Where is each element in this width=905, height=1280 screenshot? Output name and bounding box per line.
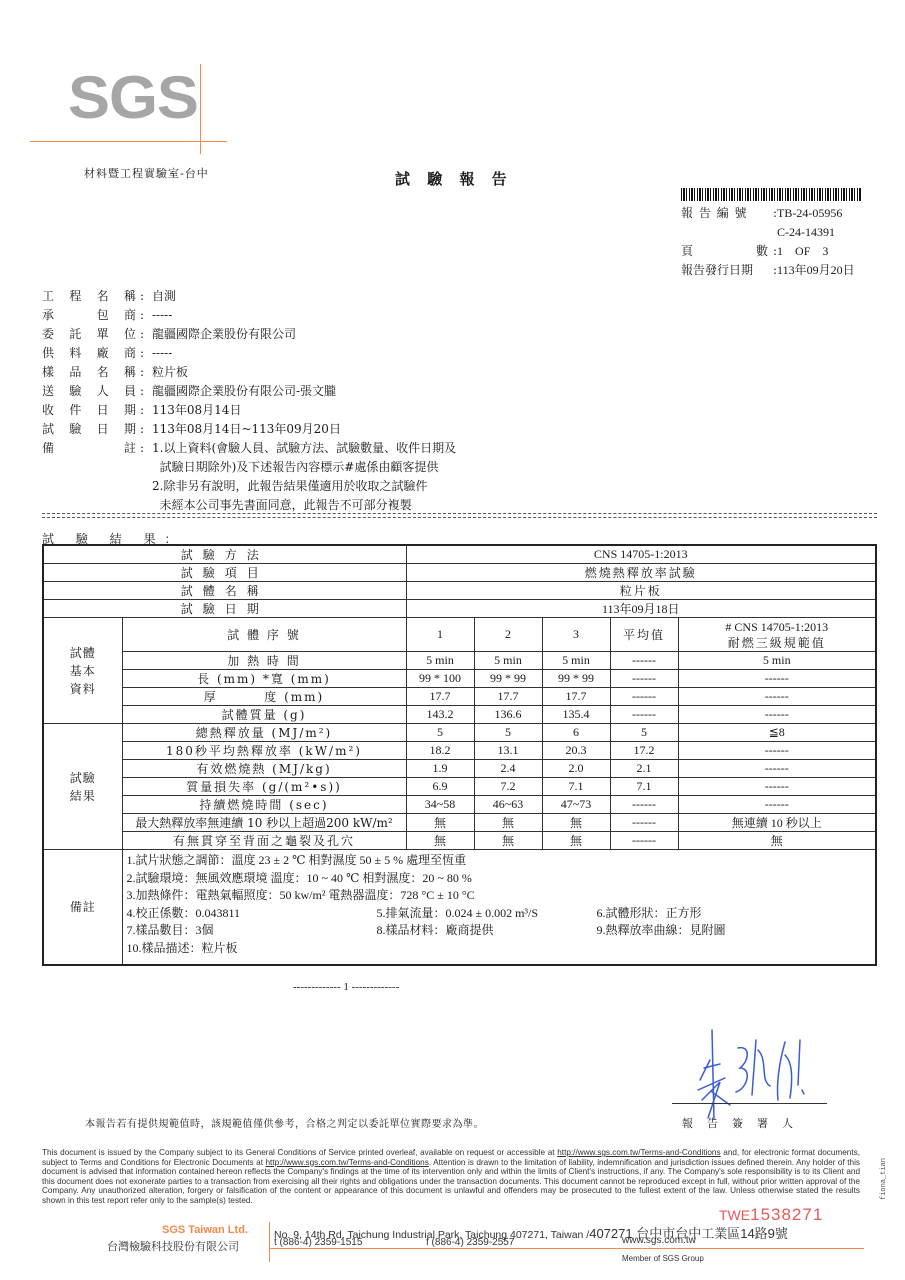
col-header: 2 bbox=[474, 618, 542, 652]
row-value: 46~63 bbox=[474, 796, 542, 814]
row-value: 5 min bbox=[406, 652, 474, 670]
info-row: 委託單位:龍疆國際企業股份有限公司 bbox=[42, 325, 341, 344]
info-row: 試驗日期:113年08月14日~113年09月20日 bbox=[42, 420, 341, 439]
row-value: 7.2 bbox=[474, 778, 542, 796]
row-value: 2.4 bbox=[474, 760, 542, 778]
side-operator-text: fiona_tian bbox=[880, 1158, 888, 1200]
footer-fax: f (886-4) 2359-2557 bbox=[426, 1237, 514, 1248]
table-row-remarks: 備註1.試片狀態之調節：溫度 23 ± 2 ℃ 相對濕度 50 ± 5 % 處理… bbox=[43, 850, 876, 965]
row-value: ------ bbox=[610, 652, 678, 670]
info-label: 樣品名稱 bbox=[42, 363, 140, 382]
info-label: 送驗人員 bbox=[42, 382, 140, 401]
row-value: 135.4 bbox=[542, 706, 610, 724]
row-value: 47~73 bbox=[542, 796, 610, 814]
row-value: 無 bbox=[406, 832, 474, 850]
row-spec: ------ bbox=[678, 706, 876, 724]
table-row: 有效燃燒熱 (MJ/kg)1.92.42.02.1------ bbox=[43, 760, 876, 778]
footer-member: Member of SGS Group bbox=[622, 1254, 704, 1263]
row-value: ------ bbox=[610, 814, 678, 832]
page-marker: ------------- 1 ------------- bbox=[293, 981, 399, 993]
results-table: 試驗方法 CNS 14705-1:2013 試驗項目 燃燒熱釋放率試驗 試體名稱… bbox=[42, 544, 877, 966]
row-value: 5 bbox=[474, 724, 542, 742]
table-row-date: 試驗日期 113年09月18日 bbox=[43, 600, 876, 618]
remark-line: 7.樣品數目：3個8.樣品材料：廠商提供9.熱釋放率曲線：見附圖 bbox=[127, 922, 872, 940]
item-label: 試驗項目 bbox=[43, 564, 406, 582]
row-label: 試體質量 (g) bbox=[122, 706, 406, 724]
lab-name: 材料暨工程實驗室-台中 bbox=[84, 165, 209, 181]
row-value: 無 bbox=[542, 814, 610, 832]
signer-label: 報告簽署人 bbox=[682, 1115, 807, 1131]
row-label: 厚 度 (mm) bbox=[122, 688, 406, 706]
report-no: TB-24-05956 bbox=[777, 204, 842, 223]
row-value: 17.2 bbox=[610, 742, 678, 760]
note-line: 2.除非另有說明，此報告結果僅適用於收取之試驗件 bbox=[42, 477, 456, 496]
row-value: 5 min bbox=[542, 652, 610, 670]
info-row: 樣品名稱:粒片板 bbox=[42, 363, 341, 382]
row-label: 總熱釋放量 (MJ/m²) bbox=[122, 724, 406, 742]
issue-date-label: 報告發行日期 bbox=[681, 261, 773, 280]
info-label: 承包商 bbox=[42, 306, 140, 325]
info-value: 113年08月14日~113年09月20日 bbox=[152, 420, 341, 439]
signature bbox=[690, 1020, 830, 1120]
remark-line: 4.校正係數：0.0438115.排氣流量：0.024 ± 0.002 m³/S… bbox=[127, 905, 872, 923]
row-value: 無 bbox=[474, 832, 542, 850]
row-spec: ------ bbox=[678, 688, 876, 706]
table-row-item: 試驗項目 燃燒熱釋放率試驗 bbox=[43, 564, 876, 582]
logo-vertical-rule bbox=[200, 64, 201, 154]
row-value: 20.3 bbox=[542, 742, 610, 760]
info-row: 收件日期:113年08月14日 bbox=[42, 401, 341, 420]
notes-label: 備註 bbox=[42, 439, 140, 458]
table-row-method: 試驗方法 CNS 14705-1:2013 bbox=[43, 545, 876, 564]
row-label: 加 熱 時 間 bbox=[122, 652, 406, 670]
footer-horizontal-rule bbox=[269, 1248, 864, 1249]
serial-label: 試 體 序 號 bbox=[122, 618, 406, 652]
row-spec: 無 bbox=[678, 832, 876, 850]
row-value: 99 * 99 bbox=[474, 670, 542, 688]
row-value: ------ bbox=[610, 670, 678, 688]
signature-line bbox=[672, 1103, 827, 1104]
item-value: 燃燒熱釋放率試驗 bbox=[406, 564, 876, 582]
report-no-label: 報 告 編 號 bbox=[681, 204, 773, 223]
method-label: 試驗方法 bbox=[43, 545, 406, 564]
row-label: 質量損失率 (g/(m²•s)) bbox=[122, 778, 406, 796]
info-value: ----- bbox=[152, 306, 172, 325]
row-value: ------ bbox=[610, 688, 678, 706]
info-row: 承包商:----- bbox=[42, 306, 341, 325]
table-row: 試驗 結果總熱釋放量 (MJ/m²)5565≦8 bbox=[43, 724, 876, 742]
row-label: 有效燃燒熱 (MJ/kg) bbox=[122, 760, 406, 778]
group-remarks-label: 備註 bbox=[43, 850, 122, 965]
table-row: 持續燃燒時間 (sec)34~5846~6347~73------------ bbox=[43, 796, 876, 814]
disclaimer-chinese: 本報告若有提供規範值時，該規範值僅供參考，合格之判定以委託單位實際要求為準。 bbox=[85, 1115, 484, 1130]
info-value: 龍疆國際企業股份有限公司-張文朧 bbox=[152, 382, 336, 401]
specimen-label: 試體名稱 bbox=[43, 582, 406, 600]
row-spec: 無連續 10 秒以上 bbox=[678, 814, 876, 832]
table-row-specimen: 試體名稱 粒片板 bbox=[43, 582, 876, 600]
pages-label: 頁 數 bbox=[681, 242, 769, 261]
info-row: 送驗人員:龍疆國際企業股份有限公司-張文朧 bbox=[42, 382, 341, 401]
footer-brand-chinese: 台灣檢驗科技股份有限公司 bbox=[107, 1238, 239, 1254]
row-value: 17.7 bbox=[542, 688, 610, 706]
row-value: 7.1 bbox=[610, 778, 678, 796]
info-label: 供料廠商 bbox=[42, 344, 140, 363]
remark-line: 1.試片狀態之調節：溫度 23 ± 2 ℃ 相對濕度 50 ± 5 % 處理至恆… bbox=[127, 852, 872, 870]
info-value: 113年08月14日 bbox=[152, 401, 241, 420]
row-value: 1.9 bbox=[406, 760, 474, 778]
table-row: 加 熱 時 間5 min5 min5 min------5 min bbox=[43, 652, 876, 670]
row-label: 有無貫穿至背面之龜裂及孔穴 bbox=[122, 832, 406, 850]
issue-date: 113年09月20日 bbox=[777, 261, 855, 280]
table-row: 長 (mm) *寬 (mm)99 * 10099 * 9999 * 99----… bbox=[43, 670, 876, 688]
sgs-logo: SGS bbox=[68, 68, 198, 128]
notes: 備註 : 1.以上資料(會驗人員、試驗方法、試驗數量、收件日期及 試驗日期除外)… bbox=[42, 439, 456, 515]
table-row: 最大熱釋放率無連續 10 秒以上超過200 kW/m²無無無------無連續 … bbox=[43, 814, 876, 832]
row-value: 18.2 bbox=[406, 742, 474, 760]
col-header: 3 bbox=[542, 618, 610, 652]
row-spec: 5 min bbox=[678, 652, 876, 670]
row-value: 17.7 bbox=[474, 688, 542, 706]
row-value: 2.1 bbox=[610, 760, 678, 778]
table-row: 180秒平均熱釋放率 (kW/m²)18.213.120.317.2------ bbox=[43, 742, 876, 760]
report-no-secondary: C-24-14391 bbox=[777, 223, 835, 242]
footer-vertical-rule bbox=[269, 1222, 270, 1262]
row-value: 17.7 bbox=[406, 688, 474, 706]
row-value: 6 bbox=[542, 724, 610, 742]
row-label: 最大熱釋放率無連續 10 秒以上超過200 kW/m² bbox=[122, 814, 406, 832]
terms-link[interactable]: http://www.sgs.com.tw/Terms-and-Conditio… bbox=[557, 1148, 720, 1157]
row-value: 13.1 bbox=[474, 742, 542, 760]
row-spec: ≦8 bbox=[678, 724, 876, 742]
row-spec: ------ bbox=[678, 778, 876, 796]
info-value: 粒片板 bbox=[152, 363, 188, 382]
method-value: CNS 14705-1:2013 bbox=[406, 545, 876, 564]
row-label: 持續燃燒時間 (sec) bbox=[122, 796, 406, 814]
legal-disclaimer: This document is issued by the Company s… bbox=[42, 1148, 860, 1206]
row-spec: ------ bbox=[678, 742, 876, 760]
terms-link-electronic[interactable]: http://www.sgs.com.tw/Terms-and-Conditio… bbox=[265, 1158, 428, 1167]
table-row: 質量損失率 (g/(m²•s))6.97.27.17.1------ bbox=[43, 778, 876, 796]
serial-number: TWE1538271 bbox=[719, 1205, 823, 1225]
remark-line: 2.試驗環境：無風效應環境 溫度：10 ~ 40 ℃ 相對濕度：20 ~ 80 … bbox=[127, 870, 872, 888]
col-header-spec: # CNS 14705-1:2013 耐燃三級規範值 bbox=[678, 618, 876, 652]
footer-phone: t (886-4) 2359-1515 bbox=[274, 1237, 362, 1248]
info-label: 工程名稱 bbox=[42, 287, 140, 306]
group-basic-label: 試體 基本 資料 bbox=[43, 618, 122, 724]
info-row: 供料廠商:----- bbox=[42, 344, 341, 363]
row-value: 136.6 bbox=[474, 706, 542, 724]
remark-line: 10.樣品描述：粒片板 bbox=[127, 940, 872, 958]
project-info: 工程名稱:自測承包商:-----委託單位:龍疆國際企業股份有限公司供料廠商:--… bbox=[42, 287, 341, 439]
row-value: 7.1 bbox=[542, 778, 610, 796]
row-value: 6.9 bbox=[406, 778, 474, 796]
note-line: 1.以上資料(會驗人員、試驗方法、試驗數量、收件日期及 bbox=[152, 439, 456, 458]
info-row: 工程名稱:自測 bbox=[42, 287, 341, 306]
col-header: 1 bbox=[406, 618, 474, 652]
specimen-value: 粒片板 bbox=[406, 582, 876, 600]
row-value: 5 min bbox=[474, 652, 542, 670]
row-label: 長 (mm) *寬 (mm) bbox=[122, 670, 406, 688]
info-label: 試驗日期 bbox=[42, 420, 140, 439]
page-count: 1 OF 3 bbox=[777, 242, 828, 261]
report-meta: 報 告 編 號 : TB-24-05956 C-24-14391 頁 數 : 1… bbox=[681, 204, 855, 280]
row-spec: ------ bbox=[678, 760, 876, 778]
row-label: 180秒平均熱釋放率 (kW/m²) bbox=[122, 742, 406, 760]
table-row: 有無貫穿至背面之龜裂及孔穴無無無------無 bbox=[43, 832, 876, 850]
info-label: 委託單位 bbox=[42, 325, 140, 344]
row-value: 143.2 bbox=[406, 706, 474, 724]
date-value: 113年09月18日 bbox=[406, 600, 876, 618]
info-value: 自測 bbox=[152, 287, 176, 306]
barcode bbox=[681, 188, 861, 201]
info-value: ----- bbox=[152, 344, 172, 363]
group-results-label: 試驗 結果 bbox=[43, 724, 122, 850]
row-value: 5 bbox=[406, 724, 474, 742]
row-value: 99 * 99 bbox=[542, 670, 610, 688]
row-value: ------ bbox=[610, 706, 678, 724]
row-spec: ------ bbox=[678, 670, 876, 688]
row-value: 99 * 100 bbox=[406, 670, 474, 688]
row-value: 無 bbox=[474, 814, 542, 832]
document-title: 試 驗 報 告 bbox=[395, 168, 513, 189]
row-value: 34~58 bbox=[406, 796, 474, 814]
table-row: 試體質量 (g)143.2136.6135.4------------ bbox=[43, 706, 876, 724]
remark-line: 3.加熱條件：電熱氣輻照度：50 kw/m² 電熱器溫度：728 °C ± 10… bbox=[127, 887, 872, 905]
note-line: 試驗日期除外)及下述報告內容標示#處係由顧客提供 bbox=[42, 458, 456, 477]
row-value: 無 bbox=[406, 814, 474, 832]
footer-website[interactable]: www.sgs.com.tw bbox=[622, 1235, 696, 1246]
info-value: 龍疆國際企業股份有限公司 bbox=[152, 325, 296, 344]
row-value: 無 bbox=[542, 832, 610, 850]
logo-horizontal-rule bbox=[30, 141, 227, 142]
table-header-row: 試體 基本 資料 試 體 序 號 1 2 3 平均值 # CNS 14705-1… bbox=[43, 618, 876, 652]
info-label: 收件日期 bbox=[42, 401, 140, 420]
col-header-average: 平均值 bbox=[610, 618, 678, 652]
footer-brand: SGS Taiwan Ltd. bbox=[162, 1224, 248, 1236]
table-row: 厚 度 (mm)17.717.717.7------------ bbox=[43, 688, 876, 706]
date-label: 試驗日期 bbox=[43, 600, 406, 618]
row-value: ------ bbox=[610, 796, 678, 814]
row-spec: ------ bbox=[678, 796, 876, 814]
remarks-content: 1.試片狀態之調節：溫度 23 ± 2 ℃ 相對濕度 50 ± 5 % 處理至恆… bbox=[122, 850, 876, 965]
row-value: 5 bbox=[610, 724, 678, 742]
row-value: 2.0 bbox=[542, 760, 610, 778]
row-value: ------ bbox=[610, 832, 678, 850]
section-divider bbox=[42, 513, 877, 518]
